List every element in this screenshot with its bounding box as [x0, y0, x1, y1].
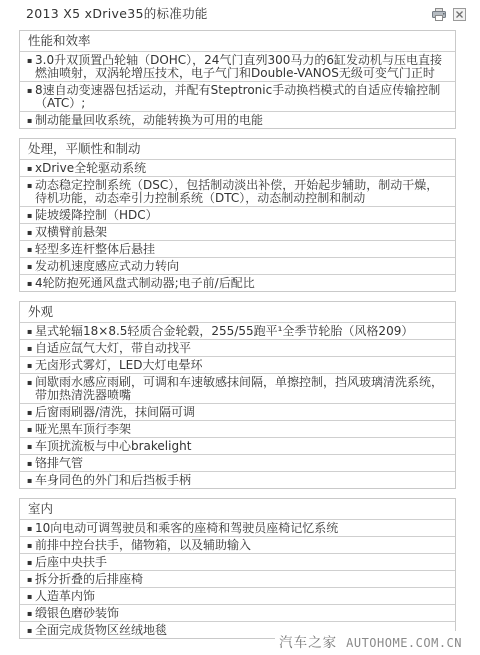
feature-text: 车顶扰流板与中心brakelight [35, 440, 447, 453]
close-icon[interactable] [452, 8, 466, 21]
feature-text: 车身同色的外门和后挡板手柄 [35, 474, 447, 487]
feature-text: 星式轮辐18×8.5轻质合金轮毂，255/55跑平¹全季节轮胎（风格209） [35, 325, 447, 338]
feature-text: 人造革内饰 [35, 590, 447, 603]
bullet-icon: ▪ [27, 243, 35, 256]
feature-text: 后座中央扶手 [35, 556, 447, 569]
feature-row: ▪间歇雨水感应雨刷，可调和车速敏感抹间隔，单擦控制，挡风玻璃清洗系统，带加热清洗… [20, 373, 455, 403]
feature-list-page: 2013 X5 xDrive35的标准功能 性能和效率▪3.0升双顶置凸轮轴（D… [0, 0, 480, 655]
bullet-icon: ▪ [27, 114, 35, 127]
bullet-icon: ▪ [27, 162, 35, 175]
bullet-icon: ▪ [27, 277, 35, 290]
bullet-icon: ▪ [27, 423, 35, 436]
feature-text: 自适应氙气大灯，带自动找平 [35, 342, 447, 355]
bullet-icon: ▪ [27, 54, 35, 67]
bullet-icon: ▪ [27, 226, 35, 239]
title-icons [432, 8, 466, 21]
feature-row: ▪铬排气管 [20, 454, 455, 471]
feature-row: ▪哑光黑车顶行李架 [20, 420, 455, 437]
feature-text: 10向电动可调驾驶员和乘客的座椅和驾驶员座椅记忆系统 [35, 522, 447, 535]
bullet-icon: ▪ [27, 624, 35, 637]
feature-text: 陡坡缓降控制（HDC） [35, 209, 447, 222]
bullet-icon: ▪ [27, 325, 35, 338]
feature-row: ▪10向电动可调驾驶员和乘客的座椅和驾驶员座椅记忆系统 [20, 519, 455, 536]
section-header: 处理，平顺性和制动 [20, 139, 455, 159]
feature-row: ▪陡坡缓降控制（HDC） [20, 206, 455, 223]
bullet-icon: ▪ [27, 260, 35, 273]
feature-row: ▪4轮防抱死通风盘式制动器;电子前/后配比 [20, 274, 455, 291]
feature-row: ▪无卤形式雾灯，LED大灯电晕环 [20, 356, 455, 373]
feature-row: ▪星式轮辐18×8.5轻质合金轮毂，255/55跑平¹全季节轮胎（风格209） [20, 322, 455, 339]
bullet-icon: ▪ [27, 179, 35, 192]
feature-text: 缎银色磨砂装饰 [35, 607, 447, 620]
feature-sections: 性能和效率▪3.0升双顶置凸轮轴（DOHC），24气门直列300马力的6缸发动机… [0, 30, 480, 639]
feature-row: ▪双横臂前悬架 [20, 223, 455, 240]
feature-text: 前排中控台扶手，储物箱，以及辅助输入 [35, 539, 447, 552]
feature-row: ▪制动能量回收系统，动能转换为可用的电能 [20, 111, 455, 128]
feature-row: ▪后窗雨刷器/清洗，抹间隔可调 [20, 403, 455, 420]
feature-row: ▪3.0升双顶置凸轮轴（DOHC），24气门直列300马力的6缸发动机与压电直接… [20, 51, 455, 81]
feature-text: 3.0升双顶置凸轮轴（DOHC），24气门直列300马力的6缸发动机与压电直接燃… [35, 54, 447, 80]
bullet-icon: ▪ [27, 573, 35, 586]
bullet-icon: ▪ [27, 607, 35, 620]
bullet-icon: ▪ [27, 376, 35, 389]
bullet-icon: ▪ [27, 440, 35, 453]
bullet-icon: ▪ [27, 359, 35, 372]
feature-row: ▪人造革内饰 [20, 587, 455, 604]
bullet-icon: ▪ [27, 522, 35, 535]
feature-text: 间歇雨水感应雨刷，可调和车速敏感抹间隔，单擦控制，挡风玻璃清洗系统，带加热清洗器… [35, 376, 447, 402]
feature-row: ▪拆分折叠的后排座椅 [20, 570, 455, 587]
bullet-icon: ▪ [27, 556, 35, 569]
watermark-site: AUTOHOME.COM.CN [346, 636, 462, 650]
feature-text: 动态稳定控制系统（DSC），包括制动淡出补偿，开始起步辅助，制动干燥，待机功能，… [35, 179, 447, 205]
section-header: 性能和效率 [20, 31, 455, 51]
print-icon[interactable] [432, 8, 446, 21]
feature-section: 室内▪10向电动可调驾驶员和乘客的座椅和驾驶员座椅记忆系统▪前排中控台扶手，储物… [19, 498, 456, 639]
feature-text: 制动能量回收系统，动能转换为可用的电能 [35, 114, 447, 127]
feature-section: 性能和效率▪3.0升双顶置凸轮轴（DOHC），24气门直列300马力的6缸发动机… [19, 30, 456, 129]
feature-text: 拆分折叠的后排座椅 [35, 573, 447, 586]
bullet-icon: ▪ [27, 539, 35, 552]
feature-text: 哑光黑车顶行李架 [35, 423, 447, 436]
feature-row: ▪车顶扰流板与中心brakelight [20, 437, 455, 454]
feature-text: 4轮防抱死通风盘式制动器;电子前/后配比 [35, 277, 447, 290]
feature-row: ▪缎银色磨砂装饰 [20, 604, 455, 621]
feature-row: ▪xDrive全轮驱动系统 [20, 159, 455, 176]
bullet-icon: ▪ [27, 474, 35, 487]
bullet-icon: ▪ [27, 342, 35, 355]
section-header: 室内 [20, 499, 455, 519]
feature-row: ▪前排中控台扶手，储物箱，以及辅助输入 [20, 536, 455, 553]
feature-row: ▪8速自动变速器包括运动，并配有Steptronic手动换档模式的自适应传输控制… [20, 81, 455, 111]
feature-text: 发动机速度感应式动力转向 [35, 260, 447, 273]
feature-row: ▪后座中央扶手 [20, 553, 455, 570]
page-title: 2013 X5 xDrive35的标准功能 [26, 7, 208, 21]
feature-row: ▪动态稳定控制系统（DSC），包括制动淡出补偿，开始起步辅助，制动干燥，待机功能… [20, 176, 455, 206]
feature-text: 铬排气管 [35, 457, 447, 470]
feature-text: xDrive全轮驱动系统 [35, 162, 447, 175]
feature-text: 双横臂前悬架 [35, 226, 447, 239]
feature-section: 处理，平顺性和制动▪xDrive全轮驱动系统▪动态稳定控制系统（DSC），包括制… [19, 138, 456, 292]
watermark-brand: 汽车之家 [279, 631, 337, 651]
bullet-icon: ▪ [27, 209, 35, 222]
feature-text: 轻型多连杆整体后悬挂 [35, 243, 447, 256]
bullet-icon: ▪ [27, 457, 35, 470]
feature-text: 无卤形式雾灯，LED大灯电晕环 [35, 359, 447, 372]
feature-row: ▪车身同色的外门和后挡板手柄 [20, 471, 455, 488]
bullet-icon: ▪ [27, 84, 35, 97]
feature-row: ▪发动机速度感应式动力转向 [20, 257, 455, 274]
feature-row: ▪轻型多连杆整体后悬挂 [20, 240, 455, 257]
feature-row: ▪自适应氙气大灯，带自动找平 [20, 339, 455, 356]
feature-section: 外观▪星式轮辐18×8.5轻质合金轮毂，255/55跑平¹全季节轮胎（风格209… [19, 301, 456, 489]
bullet-icon: ▪ [27, 590, 35, 603]
section-header: 外观 [20, 302, 455, 322]
watermark: 汽车之家 AUTOHOME.COM.CN [275, 631, 462, 651]
feature-text: 8速自动变速器包括运动，并配有Steptronic手动换档模式的自适应传输控制（… [35, 84, 447, 110]
feature-text: 后窗雨刷器/清洗，抹间隔可调 [35, 406, 447, 419]
bullet-icon: ▪ [27, 406, 35, 419]
title-bar: 2013 X5 xDrive35的标准功能 [0, 0, 480, 21]
